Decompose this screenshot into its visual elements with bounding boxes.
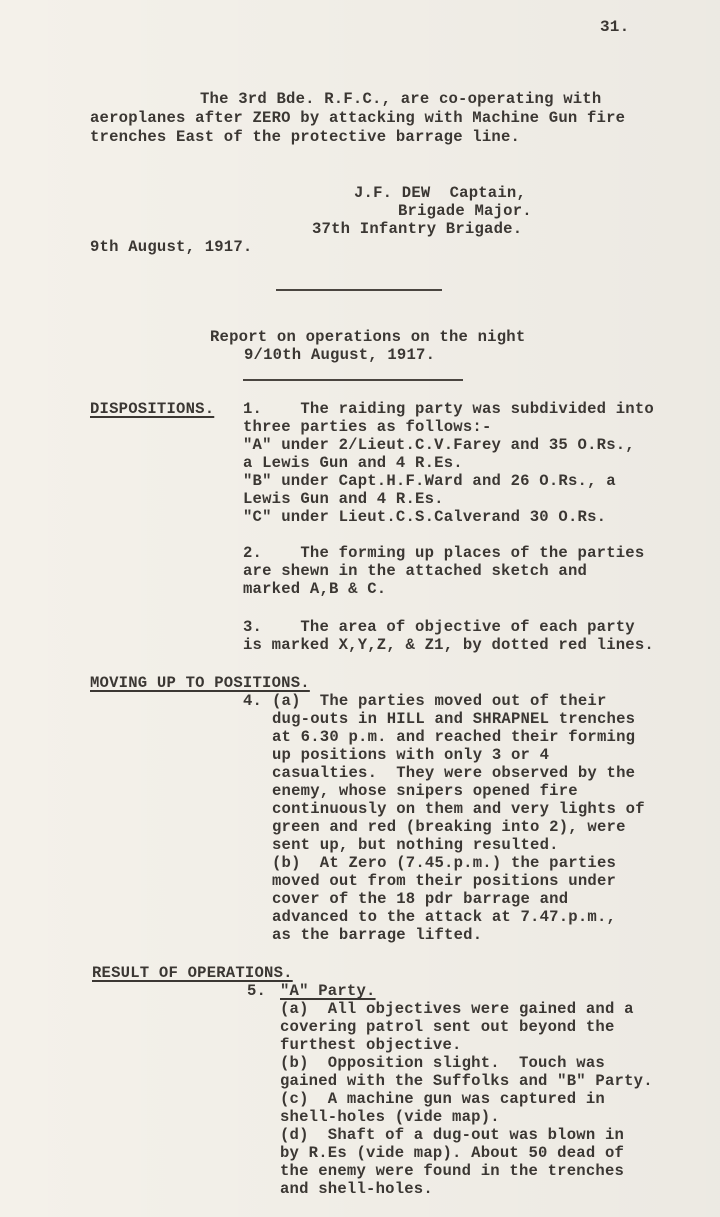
para-line: (d) Shaft of a dug-out was blown in [280,1126,624,1144]
divider-rule [243,379,463,381]
para-line: 1. The raiding party was subdivided into [243,400,654,418]
para-line: dug-outs in HILL and SHRAPNEL trenches [272,710,635,728]
para-line: advanced to the attack at 7.47.p.m., [272,908,616,926]
signature-unit: 37th Infantry Brigade. [312,220,522,238]
para-line: casualties. They were observed by the [272,764,635,782]
para-line: 2. The forming up places of the parties [243,544,644,562]
para-number: 4. [243,692,262,710]
para-line: covering patrol sent out beyond the [280,1018,615,1036]
para-line: "C" under Lieut.C.S.Calverand 30 O.Rs. [243,508,606,526]
para-line: 3. The area of objective of each party [243,618,635,636]
document-date: 9th August, 1917. [90,238,252,256]
para-line: as the barrage lifted. [272,926,482,944]
para-line: (a) All objectives were gained and a [280,1000,634,1018]
para-line: the enemy were found in the trenches [280,1162,624,1180]
para-line: at 6.30 p.m. and reached their forming [272,728,635,746]
para-line: three parties as follows:- [243,418,492,436]
para-line: marked A,B & C. [243,580,386,598]
para-number: 5. [247,982,266,1000]
para-line: green and red (breaking into 2), were [272,818,626,836]
signature-title: Brigade Major. [398,202,532,220]
para-line: cover of the 18 pdr barrage and [272,890,568,908]
para-line: moved out from their positions under [272,872,616,890]
para-line: by R.Es (vide map). About 50 dead of [280,1144,624,1162]
para-line: "A" under 2/Lieut.C.V.Farey and 35 O.Rs.… [243,436,635,454]
para-line: (b) At Zero (7.45.p.m.) the parties [272,854,616,872]
para-line: up positions with only 3 or 4 [272,746,549,764]
para-line: (a) The parties moved out of their [272,692,607,710]
intro-line: trenches East of the protective barrage … [90,128,520,146]
para-line: gained with the Suffolks and "B" Party. [280,1072,653,1090]
section-heading: MOVING UP TO POSITIONS. [90,674,310,692]
para-line: enemy, whose snipers opened fire [272,782,578,800]
divider-rule [276,289,442,291]
report-title-line: Report on operations on the night [210,328,525,346]
para-line: a Lewis Gun and 4 R.Es. [243,454,463,472]
para-line: sent up, but nothing resulted. [272,836,559,854]
intro-line: The 3rd Bde. R.F.C., are co-operating wi… [200,90,601,108]
para-line: (c) A machine gun was captured in [280,1090,605,1108]
section-heading: DISPOSITIONS. [90,400,214,418]
para-line: are shewn in the attached sketch and [243,562,587,580]
para-line: Lewis Gun and 4 R.Es. [243,490,444,508]
intro-line: aeroplanes after ZERO by attacking with … [90,109,625,127]
para-line: (b) Opposition slight. Touch was [280,1054,605,1072]
para-line: shell-holes (vide map). [280,1108,500,1126]
report-title-line: 9/10th August, 1917. [244,346,435,364]
para-line: and shell-holes. [280,1180,433,1198]
para-line: "B" under Capt.H.F.Ward and 26 O.Rs., a [243,472,616,490]
page-number: 31. [600,18,629,36]
signature-name: J.F. DEW Captain, [354,184,526,202]
document-page: 31. The 3rd Bde. R.F.C., are co-operatin… [0,0,720,1217]
subsection-heading: "A" Party. [280,982,376,1000]
para-line: furthest objective. [280,1036,462,1054]
para-line: is marked X,Y,Z, & Z1, by dotted red lin… [243,636,654,654]
para-line: continuously on them and very lights of [272,800,645,818]
section-heading: RESULT OF OPERATIONS. [92,964,293,982]
